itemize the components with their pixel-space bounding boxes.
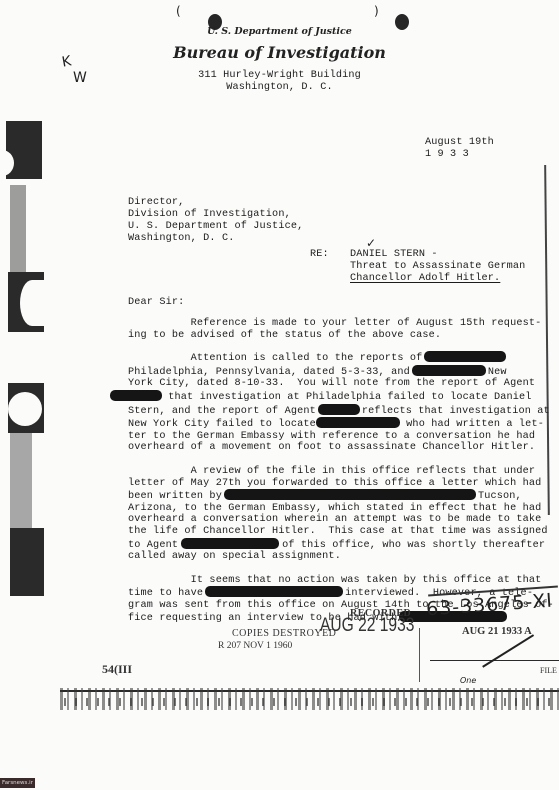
recipient-line2: Division of Investigation, [128, 209, 291, 221]
body-line: ing to be advised of the status of the a… [128, 330, 554, 342]
watermark-badge: Farsnews.ir [0, 778, 35, 788]
body-line: A review of the file in this office refl… [128, 466, 554, 478]
body-line: Reference is made to your letter of Augu… [128, 318, 554, 330]
redaction [205, 586, 343, 597]
body-line: overheard of a movement on foot to assas… [128, 442, 554, 454]
filed-stamp: FILE [540, 666, 557, 675]
body-line: ter to the German Embassy with reference… [128, 431, 554, 443]
body-line: York City, dated 8-10-33. You will note … [128, 378, 554, 390]
body-line: to Agentof this office, who was shortly … [128, 538, 554, 552]
subject-line3: Chancellor Adolf Hitler. [350, 273, 500, 285]
bracket-mark-left: ( [176, 4, 181, 18]
letterhead-address-line1: 311 Hurley-Wright Building [0, 70, 559, 82]
redaction [181, 538, 279, 549]
body-line: Arizona, to the German Embassy, which st… [128, 503, 554, 515]
recipient-line1: Director, [128, 197, 184, 209]
redaction [224, 489, 476, 500]
letter-body: Reference is made to your letter of Augu… [128, 318, 554, 625]
body-line: Stern, and the report of Agentreflects t… [128, 404, 554, 418]
body-line: Philadelphia, Pennsylvania, dated 5-3-33… [128, 365, 554, 379]
serial-fragment-stamp: 54(III [102, 662, 132, 677]
bracket-mark-right: ) [374, 4, 379, 18]
binder-strip-mid [10, 185, 26, 275]
letterhead-department: U. S. Department of Justice [0, 26, 559, 37]
subject-line3-text: Chancellor Adolf Hitler. [350, 273, 500, 284]
recipient-line3: U. S. Department of Justice, [128, 221, 303, 233]
recipient-line4: Washington, D. C. [128, 233, 234, 245]
checkmark-annotation: ✓ [366, 236, 376, 250]
destroyed-date-stamp: R 207 NOV 1 1960 [218, 641, 292, 651]
body-line: been written byTucson, [128, 489, 554, 503]
stamp-box-divider [419, 628, 420, 682]
handwritten-note: One [460, 676, 476, 685]
redaction [316, 417, 400, 428]
subject-line1: DANIEL STERN - [350, 249, 438, 261]
redaction [110, 390, 162, 401]
pen-stroke [482, 634, 534, 667]
letterhead-address-line2: Washington, D. C. [0, 82, 559, 94]
redaction [412, 365, 486, 376]
body-line: letter of May 27th you forwarded to this… [128, 478, 554, 490]
body-line: overheard a conversation wherein an atte… [128, 514, 554, 526]
recorded-date-stamp: AUG 22 1933 [320, 615, 414, 637]
letter-date-line2: 1 9 3 3 [425, 149, 469, 161]
salutation: Dear Sir: [128, 297, 184, 309]
body-line: that investigation at Philadelphia faile… [128, 390, 554, 404]
subject-line2: Threat to Assassinate German [350, 261, 525, 273]
body-line: the life of Chancellor Hitler. This case… [128, 526, 554, 538]
body-line: Attention is called to the reports of [128, 351, 554, 365]
document-page: ( ) K W U. S. Department of Justice Bure… [0, 0, 559, 790]
scan-noise [60, 698, 559, 706]
letterhead-bureau: Bureau of Investigation [0, 43, 559, 62]
binder-strip-texture [10, 433, 32, 528]
binder-strip-bottom [10, 528, 44, 596]
body-line: called away on special assignment. [128, 551, 554, 563]
redaction [318, 404, 360, 415]
received-date-stamp: AUG 21 1933 A [462, 626, 532, 637]
stamp-box-line [430, 660, 559, 661]
letter-date-line1: August 19th [425, 137, 494, 149]
body-line: It seems that no action was taken by thi… [128, 575, 554, 587]
body-line: New York City failed to locate who had w… [128, 417, 554, 431]
subject-label: RE: [310, 249, 329, 261]
redaction [424, 351, 506, 362]
